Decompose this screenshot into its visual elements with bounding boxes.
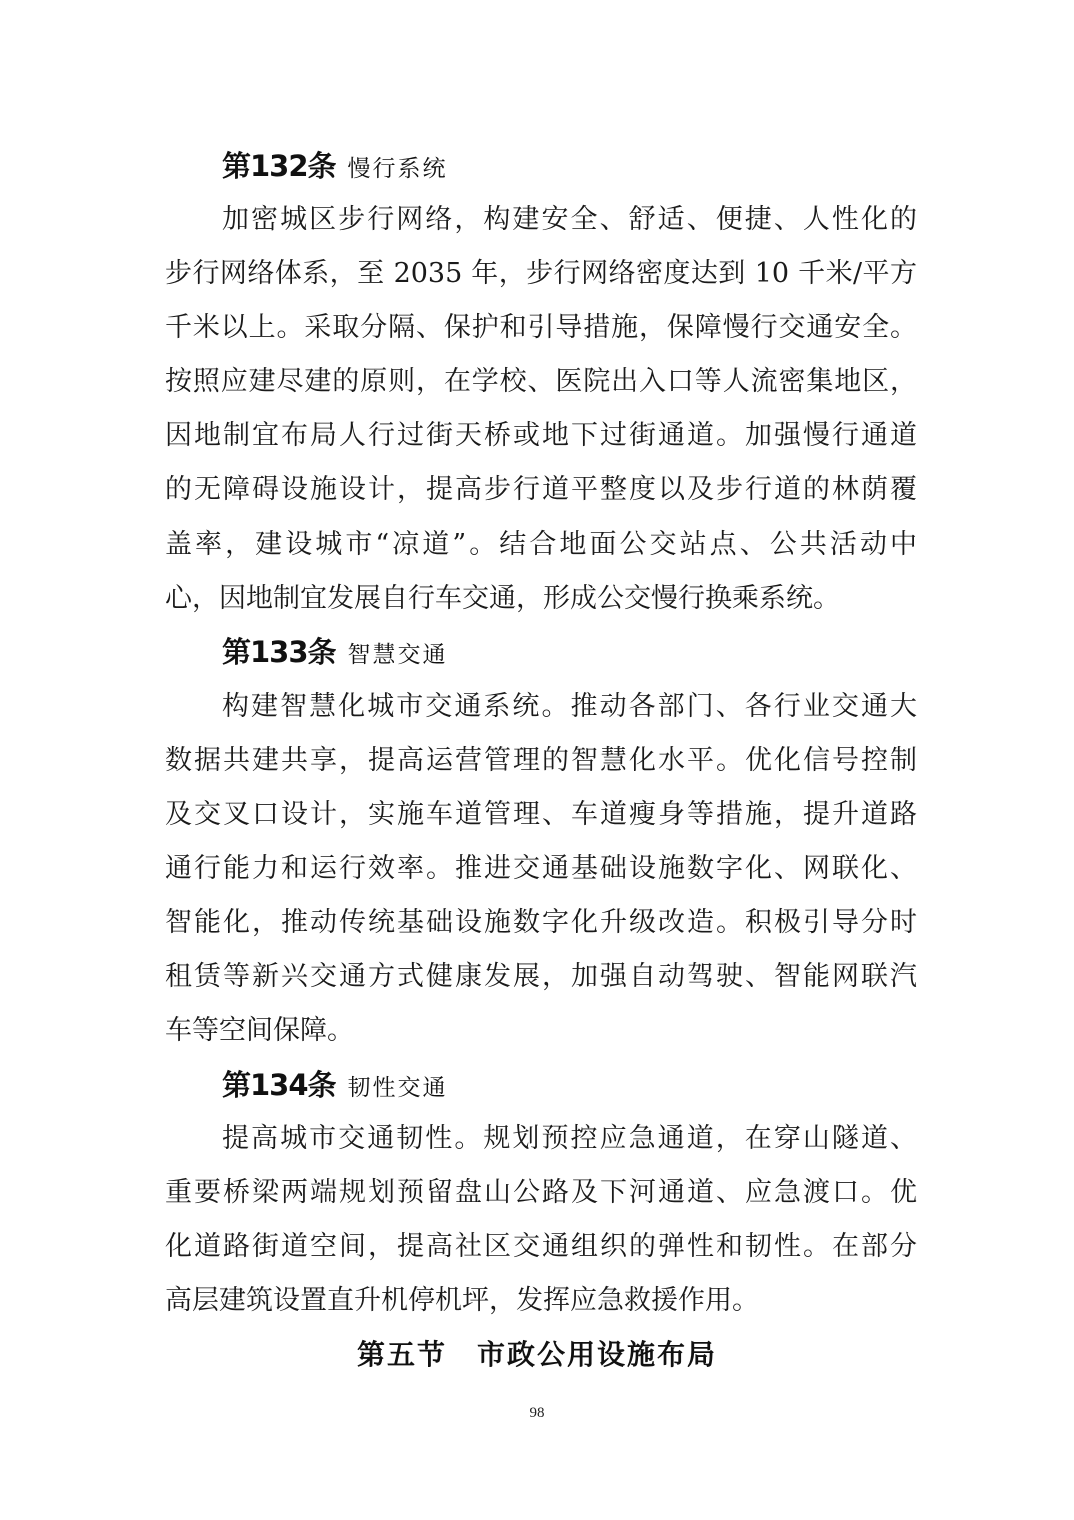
article-heading-134: 第134条韧性交通 xyxy=(222,1063,448,1107)
paragraph-line: 高层建筑设置直升机停机坪，发挥应急救援作用。 xyxy=(165,1281,917,1321)
article-heading-133: 第133条智慧交通 xyxy=(222,630,448,674)
section-title: 第五节 市政公用设施布局 xyxy=(0,1333,1074,1377)
paragraph-line: 的无障碍设施设计，提高步行道平整度以及步行道的林荫覆 xyxy=(165,470,917,510)
paragraph-line: 千米以上。采取分隔、保护和引导措施，保障慢行交通安全。 xyxy=(165,308,917,348)
page-number: 98 xyxy=(0,1403,1074,1423)
document-page: 第132条慢行系统 加密城区步行网络，构建安全、舒适、便捷、人性化的 步行网络体… xyxy=(0,0,1074,1520)
article-title: 韧性交通 xyxy=(348,1075,448,1101)
paragraph-line: 盖率，建设城市“凉道”。结合地面公交站点、公共活动中 xyxy=(165,525,917,565)
paragraph-line: 构建智慧化城市交通系统。推动各部门、各行业交通大 xyxy=(222,687,917,727)
article-heading-132: 第132条慢行系统 xyxy=(222,144,448,188)
paragraph-line: 车等空间保障。 xyxy=(165,1011,917,1051)
article-number: 第132条 xyxy=(222,149,336,183)
paragraph-line: 及交叉口设计，实施车道管理、车道瘦身等措施，提升道路 xyxy=(165,795,917,835)
paragraph-line: 步行网络体系，至 2035 年，步行网络密度达到 10 千米/平方 xyxy=(165,254,917,294)
article-title: 慢行系统 xyxy=(348,156,448,182)
paragraph-line: 提高城市交通韧性。规划预控应急通道，在穿山隧道、 xyxy=(222,1119,917,1159)
paragraph-line: 加密城区步行网络，构建安全、舒适、便捷、人性化的 xyxy=(222,200,917,240)
paragraph-line: 数据共建共享，提高运营管理的智慧化水平。优化信号控制 xyxy=(165,741,917,781)
article-title: 智慧交通 xyxy=(348,642,448,668)
article-number: 第133条 xyxy=(222,635,336,669)
paragraph-line: 心，因地制宜发展自行车交通，形成公交慢行换乘系统。 xyxy=(165,579,917,619)
article-number: 第134条 xyxy=(222,1068,336,1102)
paragraph-line: 重要桥梁两端规划预留盘山公路及下河通道、应急渡口。优 xyxy=(165,1173,917,1213)
paragraph-line: 按照应建尽建的原则，在学校、医院出入口等人流密集地区， xyxy=(165,362,917,402)
paragraph-line: 因地制宜布局人行过街天桥或地下过街通道。加强慢行通道 xyxy=(165,416,917,456)
paragraph-line: 通行能力和运行效率。推进交通基础设施数字化、网联化、 xyxy=(165,849,917,889)
paragraph-line: 租赁等新兴交通方式健康发展，加强自动驾驶、智能网联汽 xyxy=(165,957,917,997)
paragraph-line: 智能化，推动传统基础设施数字化升级改造。积极引导分时 xyxy=(165,903,917,943)
paragraph-line: 化道路街道空间，提高社区交通组织的弹性和韧性。在部分 xyxy=(165,1227,917,1267)
